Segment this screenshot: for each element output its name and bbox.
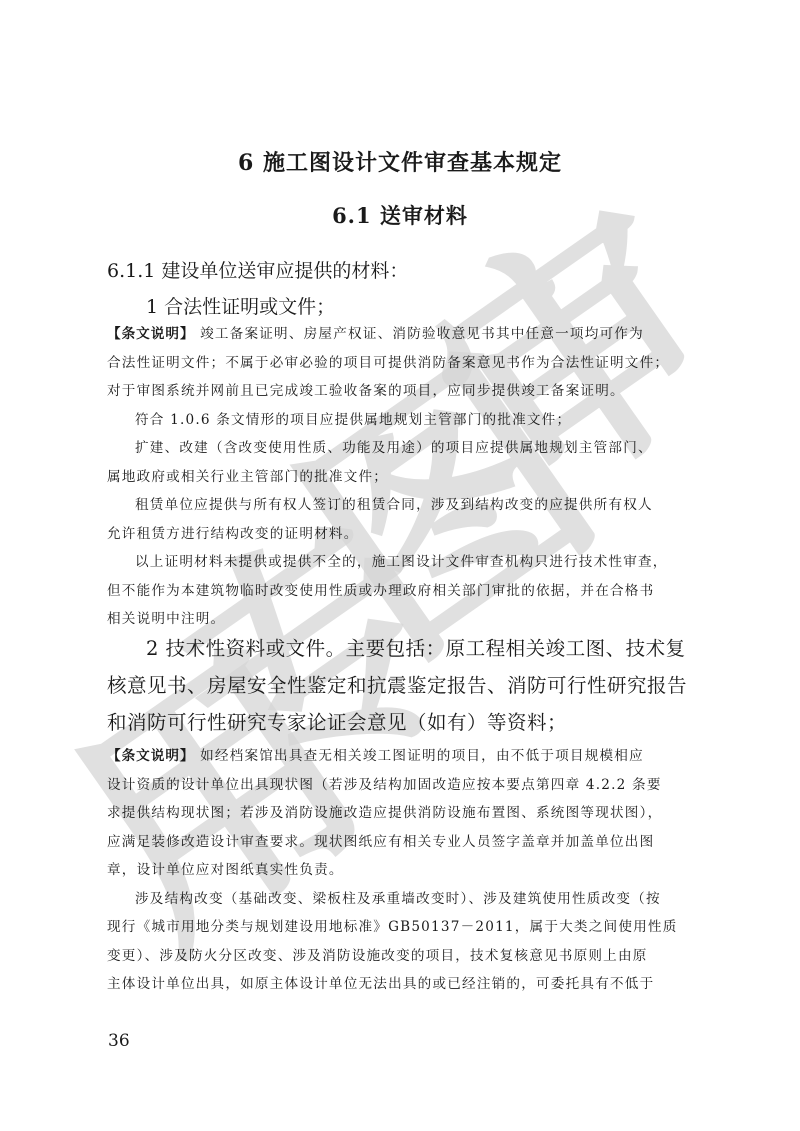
chapter-title: 6 施工图设计文件审查基本规定 <box>0 146 800 177</box>
paragraph-line: 现行《城市用地分类与规划建设用地标准》GB50137－2011，属于大类之间使用… <box>107 913 699 942</box>
paragraph-line: 主体设计单位出具，如原主体设计单位无法出具的或已经注销的，可委托具有不低于 <box>107 970 699 999</box>
item-2-explanation-note: 【条文说明】 如经档案馆出具查无相关竣工图证明的项目，由不低于项目规模相应 设计… <box>107 742 699 999</box>
item-1-heading: 1 合法性证明或文件； <box>146 292 335 319</box>
note-line: 求提供结构现状图；若涉及消防设施改造应提供消防设施布置图、系统图等现状图）， <box>107 799 699 828</box>
paragraph-line: 租赁单位应提供与所有权人签订的租赁合同，涉及到结构改变的应提供所有权人 <box>107 491 699 520</box>
paragraph-line: 变更）、涉及防火分区改变、涉及消防设施改变的项目，技术复核意见书原则上由原 <box>107 942 699 971</box>
clause-heading: 6.1.1 建设单位送审应提供的材料： <box>107 256 408 283</box>
paragraph-line: 扩建、改建（含改变使用性质、功能及用途）的项目应提供属地规划主管部门、 <box>107 434 699 463</box>
item-2-line-text: 2 技术性资料或文件。主要包括：原工程相关竣工图、技术复 <box>146 637 686 660</box>
item-2-text: 2 技术性资料或文件。主要包括：原工程相关竣工图、技术复 核意见书、房屋安全性鉴… <box>107 630 697 741</box>
note-line: 【条文说明】 竣工备案证明、房屋产权证、消防验收意见书其中任意一项均可作为 <box>107 320 699 349</box>
note-tag: 【条文说明】 <box>107 326 195 342</box>
note-text: 如经档案馆出具查无相关竣工图证明的项目，由不低于项目规模相应 <box>195 748 644 764</box>
note-line: 章，设计单位应对图纸真实性负责。 <box>107 856 699 885</box>
paragraph-line: 属地政府或相关行业主管部门的批准文件； <box>107 463 699 492</box>
note-line: 对于审图系统并网前且已完成竣工验收备案的项目，应同步提供竣工备案证明。 <box>107 377 699 406</box>
note-line: 应满足装修改造设计审查要求。现状图纸应有相关专业人员签字盖章并加盖单位出图 <box>107 828 699 857</box>
note-tag: 【条文说明】 <box>107 748 195 764</box>
item-1-explanation-note: 【条文说明】 竣工备案证明、房屋产权证、消防验收意见书其中任意一项均可作为 合法… <box>107 320 699 634</box>
paragraph-line: 涉及结构改变（基础改变、梁板柱及承重墙改变时）、涉及建筑使用性质改变（按 <box>107 885 699 914</box>
item-2-line: 核意见书、房屋安全性鉴定和抗震鉴定报告、消防可行性研究报告 <box>107 667 697 704</box>
page-number: 36 <box>108 1031 130 1051</box>
section-title: 6.1 送审材料 <box>0 200 800 230</box>
note-line: 合法性证明文件；不属于必审必验的项目可提供消防备案意见书作为合法性证明文件； <box>107 349 699 378</box>
note-line: 【条文说明】 如经档案馆出具查无相关竣工图证明的项目，由不低于项目规模相应 <box>107 742 699 771</box>
item-2-line: 和消防可行性研究专家论证会意见（如有）等资料； <box>107 704 697 741</box>
note-text: 竣工备案证明、房屋产权证、消防验收意见书其中任意一项均可作为 <box>195 326 644 342</box>
paragraph-line: 允许租赁方进行结构改变的证明材料。 <box>107 520 699 549</box>
paragraph-line: 但不能作为本建筑物临时改变使用性质或办理政府相关部门审批的依据，并在合格书 <box>107 577 699 606</box>
paragraph-line: 符合 1.0.6 条文情形的项目应提供属地规划主管部门的批准文件； <box>107 406 699 435</box>
item-2-line: 2 技术性资料或文件。主要包括：原工程相关竣工图、技术复 <box>107 630 697 667</box>
note-line: 设计资质的设计单位出具现状图（若涉及结构加固改造应按本要点第四章 4.2.2 条… <box>107 771 699 800</box>
document-page: 审 图 专 用 6 施工图设计文件审查基本规定 6.1 送审材料 6.1.1 建… <box>0 0 800 1131</box>
paragraph-line: 以上证明材料未提供或提供不全的，施工图设计文件审查机构只进行技术性审查， <box>107 548 699 577</box>
